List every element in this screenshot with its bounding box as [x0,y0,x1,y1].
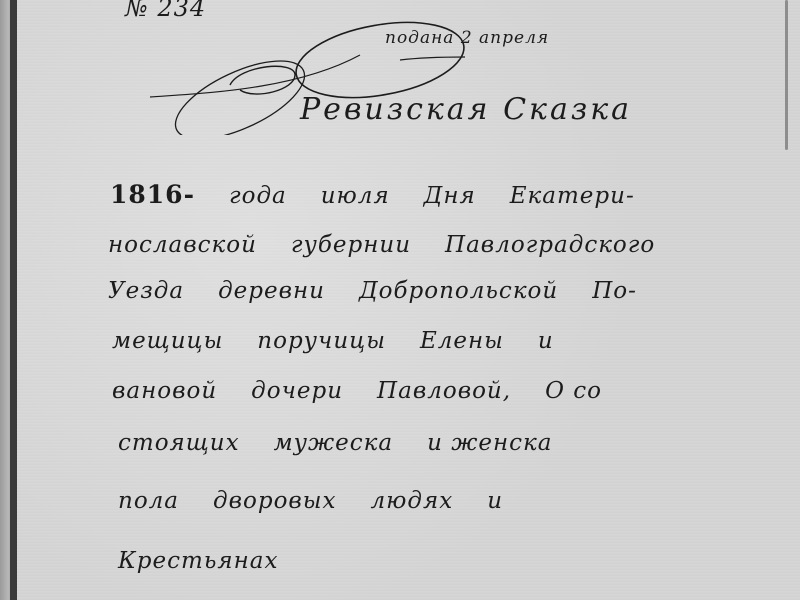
text-line-8: Крестьянах [118,548,312,574]
text-line-2: нославскойгубернииПавлоградского [108,232,689,258]
word: дочери [251,378,343,404]
page-edge [785,0,788,150]
word: Павловой, [377,378,511,404]
text-line-6: стоящихмужескаи женска [118,430,586,456]
word: 1816- [110,180,195,209]
word: и женска [427,430,552,456]
word: нославской [108,232,257,258]
word: О со [545,378,602,404]
text-line-7: поладворовыхлюдяхи [118,488,537,514]
text-line-1: 1816-годаиюляДняЕкатери- [110,180,669,209]
word: и [538,328,554,354]
word: поручицы [257,328,386,354]
word: стоящих [118,430,240,456]
word: года [229,183,287,209]
word: Елены [420,328,504,354]
document-subtitle: подана 2 апреля [385,28,549,48]
word: дворовых [213,488,336,514]
word: пола [118,488,179,514]
document-title: Ревизская Сказка [300,92,632,127]
word: губернии [291,232,411,258]
word: и [487,488,503,514]
text-line-5: вановойдочериПавловой,О со [112,378,636,404]
word: Дня [424,183,476,209]
word: Крестьянах [118,548,278,574]
text-line-4: мещицыпоручицыЕленыи [112,328,588,354]
word: Уезда [108,278,184,304]
word: деревни [218,278,325,304]
word: По- [592,278,637,304]
word: Екатери- [510,183,635,209]
book-spine [10,0,17,600]
word: вановой [112,378,217,404]
word: людях [371,488,454,514]
word: мужеска [274,430,394,456]
word: Павлоградского [445,232,655,258]
word: июля [321,183,390,209]
word: мещицы [112,328,223,354]
text-line-3: УездадеревниДобропольскойПо- [108,278,671,304]
word: Добропольской [359,278,558,304]
